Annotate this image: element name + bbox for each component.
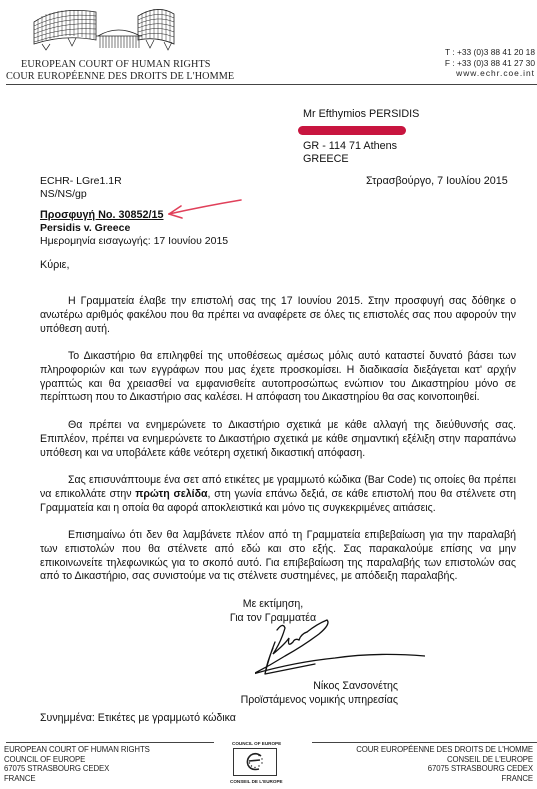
paragraph-5-text: Επισημαίνω ότι δεν θα λαμβάνετε πλέον απ…: [40, 529, 516, 584]
coe-label-french: CONSEIL DE L'EUROPE: [230, 779, 282, 784]
paragraph-2: Το Δικαστήριο θα επιληφθεί της υποθέσεως…: [40, 350, 516, 405]
court-name-english: EUROPEAN COURT OF HUMAN RIGHTS: [21, 59, 211, 70]
court-name-french: COUR EUROPÉENNE DES DROITS DE L'HOMME: [6, 71, 234, 82]
footer-left-line: 67075 STRASBOURG CEDEX: [4, 764, 150, 774]
paragraph-4-emphasis: πρώτη σελίδα: [135, 488, 207, 500]
recipient-postal: GR - 114 71 Athens: [303, 140, 397, 153]
signer-name: Νίκος Σανσονέτης: [178, 680, 398, 694]
footer-address-english: EUROPEAN COURT OF HUMAN RIGHTS COUNCIL O…: [4, 745, 150, 783]
paragraph-1-text: Η Γραμματεία έλαβε την επιστολή σας της …: [40, 295, 516, 336]
introduction-date: Ημερομηνία εισαγωγής: 17 Ιουνίου 2015: [40, 235, 228, 247]
paragraph-3-text: Θα πρέπει να ενημερώνετε το Δικαστήριο σ…: [40, 419, 516, 460]
paragraph-4: Σας επισυνάπτουμε ένα σετ από ετικέτες μ…: [40, 474, 516, 515]
annotation-arrow-icon: [165, 198, 245, 220]
footer-right-line: CONSEIL DE L'EUROPE: [356, 755, 533, 765]
enclosures-note: Συνημμένα: Ετικέτες με γραμμωτό κώδικα: [40, 712, 236, 724]
place-and-date: Στρασβούργο, 7 Ιουλίου 2015: [366, 175, 508, 187]
reference-code-1: ECHR- LGre1.1R: [40, 175, 122, 188]
paragraph-5: Επισημαίνω ότι δεν θα λαμβάνετε πλέον απ…: [40, 529, 516, 584]
footer-right-line: 67075 STRASBOURG CEDEX: [356, 764, 533, 774]
council-of-europe-logo-icon: [233, 748, 277, 776]
paragraph-1: Η Γραμματεία έλαβε την επιστολή σας της …: [40, 295, 516, 336]
signer-block: Νίκος Σανσονέτης Προϊστάμενος νομικής υπ…: [178, 680, 398, 708]
footer-address-french: COUR EUROPÉENNE DES DROITS DE L'HOMME CO…: [356, 745, 533, 783]
reference-codes: ECHR- LGre1.1R NS/NS/gp: [40, 175, 122, 201]
signer-title: Προϊστάμενος νομικής υπηρεσίας: [178, 694, 398, 708]
footer-left-line: FRANCE: [4, 774, 150, 784]
footer-right-line: FRANCE: [356, 774, 533, 784]
footer-left-line: EUROPEAN COURT OF HUMAN RIGHTS: [4, 745, 150, 755]
closing-line-1: Με εκτίμηση,: [180, 598, 366, 612]
reference-code-2: NS/NS/gp: [40, 188, 122, 201]
footer-right-line: COUR EUROPÉENNE DES DROITS DE L'HOMME: [356, 745, 533, 755]
paragraph-3: Θα πρέπει να ενημερώνετε το Δικαστήριο σ…: [40, 419, 516, 460]
fax-number: F : +33 (0)3 88 41 27 30: [445, 58, 535, 69]
paragraph-2-text: Το Δικαστήριο θα επιληφθεί της υποθέσεως…: [40, 350, 516, 405]
phone-number: T : +33 (0)3 88 41 20 18: [445, 47, 535, 58]
signature-icon: [255, 612, 425, 682]
footer-left-line: COUNCIL OF EUROPE: [4, 755, 150, 765]
paragraph-4-text: Σας επισυνάπτουμε ένα σετ από ετικέτες μ…: [40, 474, 516, 515]
coe-label-english: COUNCIL OF EUROPE: [232, 741, 280, 746]
footer-divider-right: [312, 742, 537, 743]
application-number: Προσφυγή No. 30852/15: [40, 209, 164, 221]
website-link[interactable]: www.echr.coe.int: [445, 68, 535, 79]
case-name: Persidis v. Greece: [40, 222, 130, 234]
contact-block: T : +33 (0)3 88 41 20 18 F : +33 (0)3 88…: [445, 47, 535, 79]
redaction-mark: [298, 126, 406, 135]
recipient-name: Mr Efthymios PERSIDIS: [303, 108, 419, 122]
court-building-icon: [28, 2, 178, 54]
recipient-country: GREECE: [303, 153, 397, 166]
footer-divider-left: [6, 742, 214, 743]
recipient-address: GR - 114 71 Athens GREECE: [303, 140, 397, 166]
header-divider: [6, 84, 537, 85]
salutation: Κύριε,: [40, 259, 69, 271]
